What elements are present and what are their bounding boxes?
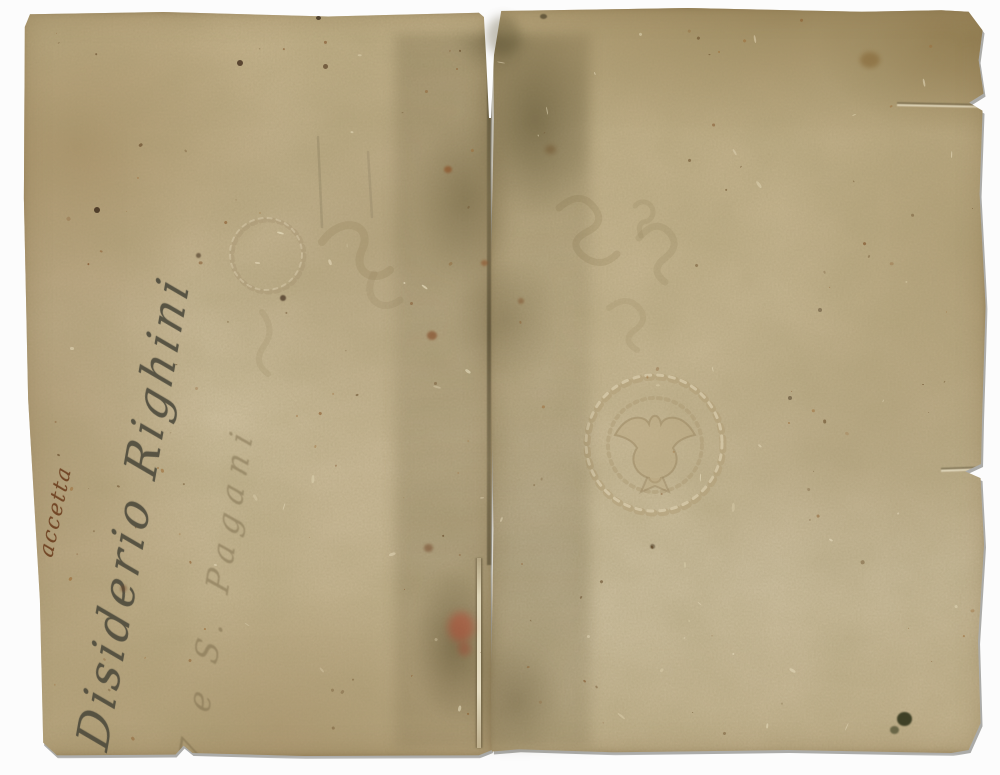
bleed-stroke — [318, 137, 322, 227]
paper-texture-left — [22, 12, 493, 756]
handwritten-acceptance-note: accetta — [34, 462, 76, 560]
flourish-showthrough — [322, 225, 390, 276]
seal-eagle-tail — [641, 478, 669, 492]
seal-inner-ring — [608, 398, 702, 492]
seal-eagle-icon — [615, 416, 695, 483]
seal-ring-highlight — [586, 375, 722, 511]
handwritten-signature: Disiderio Righini — [66, 267, 201, 756]
handwritten-secondary-note: 7 e S. Pagani — [172, 418, 262, 756]
embossed-stamp-highlight — [230, 218, 302, 290]
script-showthrough — [635, 202, 653, 236]
bleed-stroke — [368, 152, 372, 217]
script-showthrough — [559, 198, 617, 262]
paper-right-panel — [489, 8, 986, 753]
embossed-stamp-ring — [232, 220, 304, 292]
paper-left-panel: accetta Disiderio Righini 7 e S. Pagani — [22, 12, 493, 756]
paper-texture-right — [489, 8, 986, 753]
flourish-showthrough — [370, 274, 400, 306]
edge-tear-highlight — [897, 104, 985, 108]
script-showthrough — [639, 226, 674, 282]
script-showthrough — [609, 301, 643, 350]
scanned-document: accetta Disiderio Righini 7 e S. Pagani — [0, 0, 1000, 775]
showthrough-ornaments-left — [22, 12, 493, 756]
embossed-seal-and-showthrough — [489, 8, 986, 753]
flourish-showthrough — [259, 312, 270, 374]
seal-outer-ring — [587, 377, 723, 513]
